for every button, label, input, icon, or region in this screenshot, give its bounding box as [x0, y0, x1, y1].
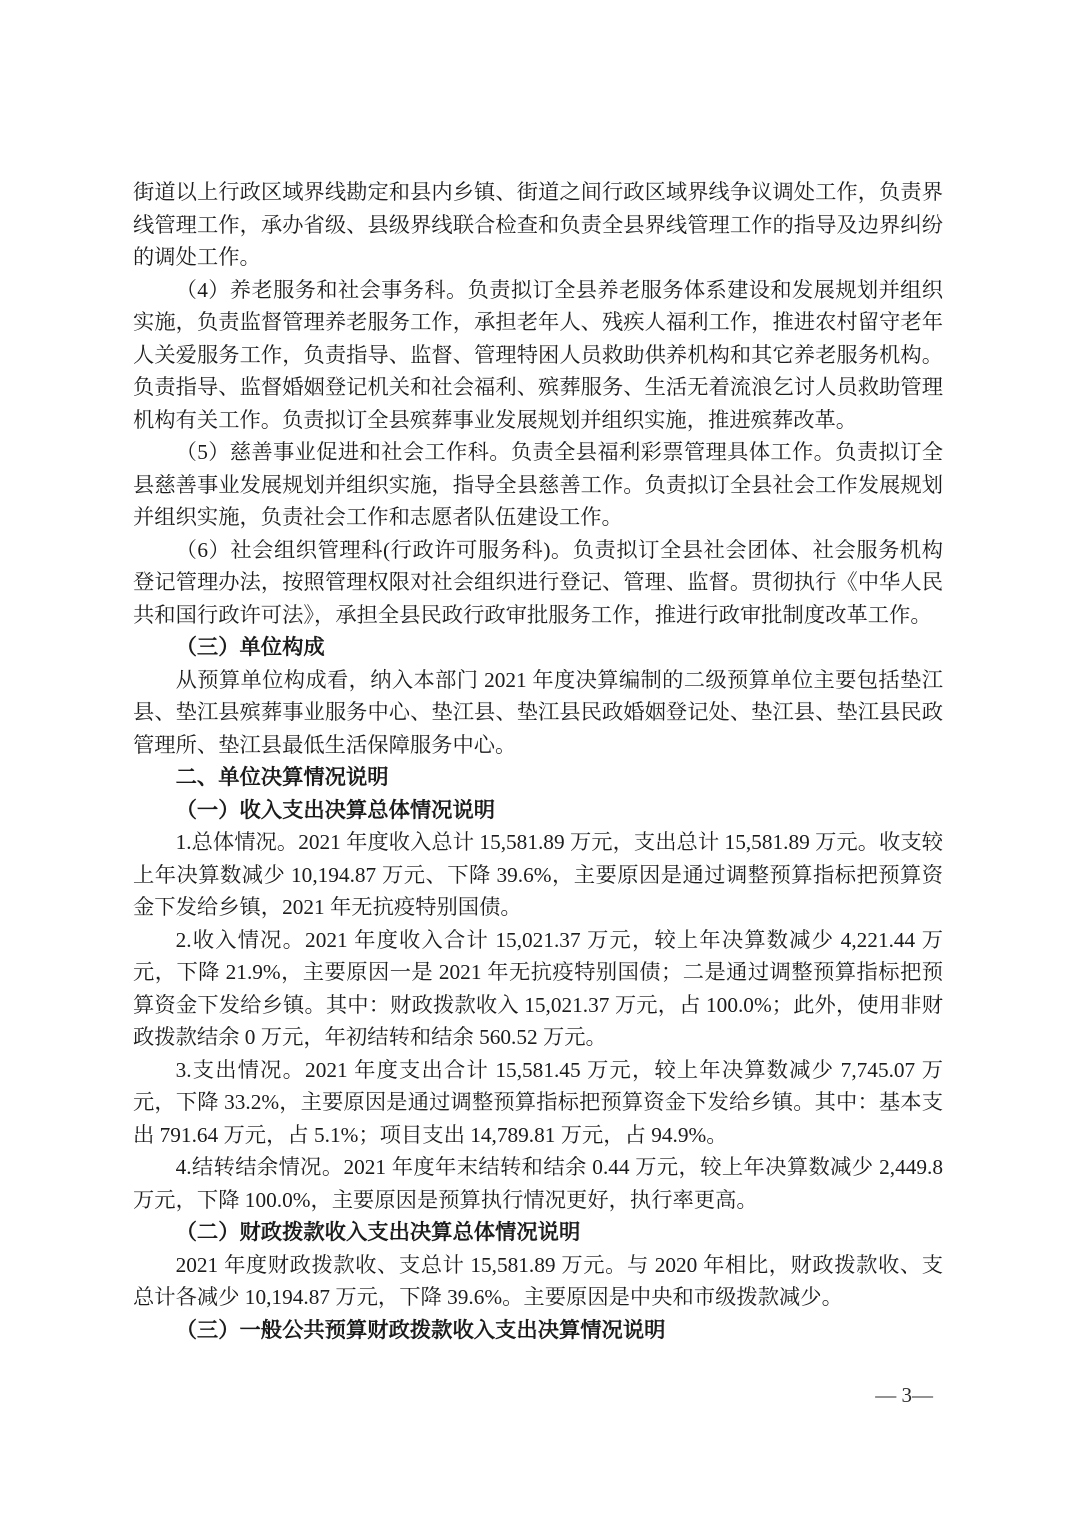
paragraph-dept-4: （4）养老服务和社会事务科。负责拟订全县养老服务体系建设和发展规划并组织实施，负… — [133, 274, 943, 437]
paragraph-expenditure-situation: 3.支出情况。2021 年度支出合计 15,581.45 万元，较上年决算数减少… — [133, 1054, 943, 1152]
document-body: 街道以上行政区域界线勘定和县内乡镇、街道之间行政区域界线争议调处工作，负责界线管… — [133, 176, 943, 1346]
section-heading-income-expenditure-overview: （一）收入支出决算总体情况说明 — [133, 794, 943, 827]
page-number: — 3— — [875, 1382, 933, 1408]
paragraph-income-situation: 2.收入情况。2021 年度收入合计 15,021.37 万元，较上年决算数减少… — [133, 924, 943, 1054]
paragraph-overall-situation: 1.总体情况。2021 年度收入总计 15,581.89 万元，支出总计 15,… — [133, 826, 943, 924]
paragraph-carryover-situation: 4.结转结余情况。2021 年度年末结转和结余 0.44 万元，较上年决算数减少… — [133, 1151, 943, 1216]
paragraph-continuation: 街道以上行政区域界线勘定和县内乡镇、街道之间行政区域界线争议调处工作，负责界线管… — [133, 176, 943, 274]
paragraph-unit-composition: 从预算单位构成看，纳入本部门 2021 年度决算编制的二级预算单位主要包括垫江县… — [133, 664, 943, 762]
section-heading-fiscal-appropriation-overview: （二）财政拨款收入支出决算总体情况说明 — [133, 1216, 943, 1249]
section-heading-general-public-budget: （三）一般公共预算财政拨款收入支出决算情况说明 — [133, 1314, 943, 1347]
section-heading-final-accounts: 二、单位决算情况说明 — [133, 761, 943, 794]
paragraph-fiscal-appropriation: 2021 年度财政拨款收、支总计 15,581.89 万元。与 2020 年相比… — [133, 1249, 943, 1314]
paragraph-dept-6: （6）社会组织管理科(行政许可服务科)。负责拟订全县社会团体、社会服务机构登记管… — [133, 534, 943, 632]
document-page: 街道以上行政区域界线勘定和县内乡镇、街道之间行政区域界线争议调处工作，负责界线管… — [0, 0, 1074, 1520]
paragraph-dept-5: （5）慈善事业促进和社会工作科。负责全县福利彩票管理具体工作。负责拟订全县慈善事… — [133, 436, 943, 534]
section-heading-unit-composition: （三）单位构成 — [133, 631, 943, 664]
